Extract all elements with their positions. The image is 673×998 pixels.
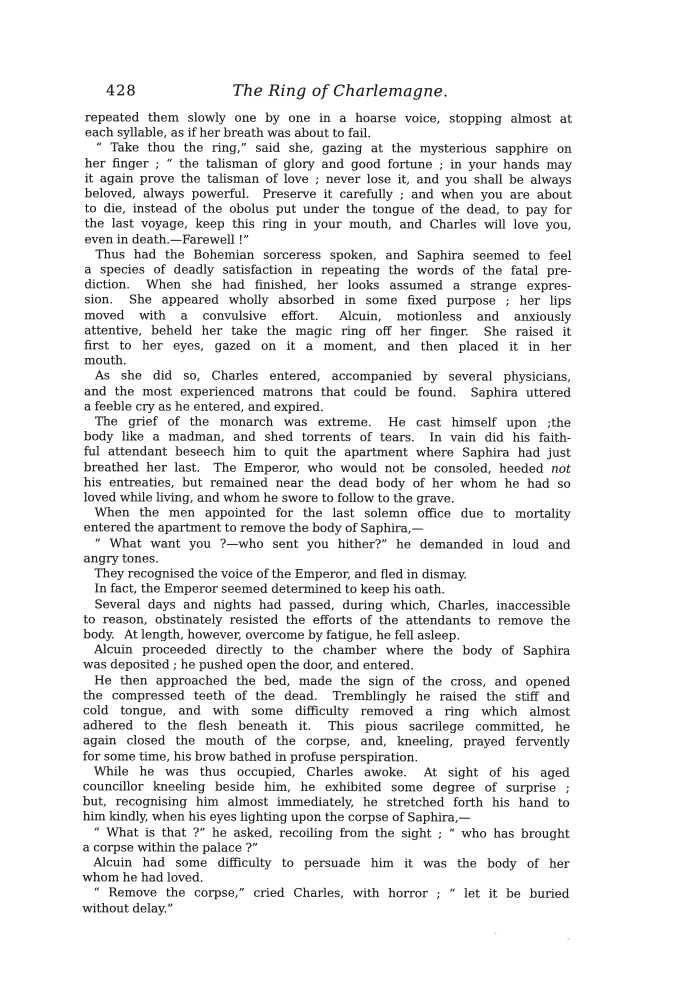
text-line: While he was thus occupied, Charles awok… [83, 764, 570, 781]
text-line: was deposited ; he pushed open the door,… [83, 658, 570, 675]
text-line: first to her eyes, gazed on it a moment,… [84, 338, 571, 355]
text-line: attentive, beheld her take the magic rin… [84, 323, 571, 340]
paragraph: Thus had the Bohemian sorceress spoken, … [84, 247, 571, 370]
paragraph: They recognised the voice of the Emperor… [83, 566, 570, 583]
text-line: without delay.” [82, 901, 569, 918]
scan-speckle [494, 933, 496, 935]
text-line: body. At length, however, overcome by fa… [83, 627, 570, 644]
running-title: The Ring of Charlemagne. [85, 81, 572, 101]
text-line: Alcuin had some difficulty to persuade h… [83, 855, 570, 872]
text-line: and the most experienced matrons that co… [84, 384, 571, 401]
paragraph: While he was thus occupied, Charles awok… [83, 764, 570, 826]
text-line: He then approached the bed, made the sig… [83, 673, 570, 690]
text-line: entered the apartment to remove the body… [84, 521, 571, 538]
paragraph: As she did so, Charles entered, accompan… [84, 369, 571, 416]
text-line: repeated them slowly one by one in a hoa… [85, 110, 572, 127]
paragraph: repeated them slowly one by one in a hoa… [85, 110, 572, 142]
paragraph: “ Take thou the ring,” said she, gazing … [85, 141, 572, 249]
text-line: adhered to the flesh beneath it. This pi… [83, 718, 570, 735]
paragraph: “ What want you ?—who sent you hither?” … [84, 536, 571, 568]
paragraph: When the men appointed for the last sole… [84, 505, 571, 537]
text-line: her finger ; “ the talisman of glory and… [85, 156, 572, 173]
paragraph: The grief of the monarch was extreme. He… [84, 414, 571, 507]
text-line: sion. She appeared wholly absorbed in so… [84, 293, 571, 310]
text-line: loved while living, and whom he swore to… [84, 490, 571, 507]
text-line: again closed the mouth of the corpse, an… [83, 734, 570, 751]
text-line: even in death.—Farewell !” [85, 232, 572, 249]
text-line: to reason, obstinately resisted the effo… [83, 612, 570, 629]
text-line: for some time, his brow bathed in profus… [83, 749, 570, 766]
text-line: In fact, the Emperor seemed determined t… [83, 582, 570, 599]
body-text: repeated them slowly one by one in a hoa… [82, 110, 572, 917]
text-line: beloved, always powerful. Preserve it ca… [85, 186, 572, 203]
text-line: him kindly, when his eyes lighting upon … [83, 810, 570, 827]
text-line: whom he had loved. [82, 870, 569, 887]
text-line: As she did so, Charles entered, accompan… [84, 369, 571, 386]
page-header: 428 The Ring of Charlemagne. [0, 0, 673, 1]
text-line: “ Take thou the ring,” said she, gazing … [85, 141, 572, 158]
paragraph: “ Remove the corpse,” cried Charles, wit… [82, 886, 569, 918]
text-line: diction. When she had finished, her look… [84, 277, 571, 294]
text-line: moved with a convulsive effort. Alcuin, … [84, 308, 571, 325]
text-line: When the men appointed for the last sole… [84, 505, 571, 522]
text-line: his entreaties, but remained near the de… [84, 475, 571, 492]
paragraph: “ What is that ?” he asked, recoiling fr… [83, 825, 570, 857]
text-line: the last voyage, keep this ring in your … [85, 217, 572, 234]
text-line: “ Remove the corpse,” cried Charles, wit… [82, 886, 569, 903]
paragraph: He then approached the bed, made the sig… [83, 673, 570, 766]
paragraph: Several days and nights had passed, duri… [83, 597, 570, 644]
text-line: breathed her last. The Emperor, who woul… [84, 460, 571, 477]
text-line: a feeble cry as he entered, and expired. [84, 399, 571, 416]
text-line: Several days and nights had passed, duri… [83, 597, 570, 614]
text-line: councillor kneeling beside him, he exhib… [83, 779, 570, 796]
text-line: but, recognising him almost immediately,… [83, 794, 570, 811]
paragraph: Alcuin proceeded directly to the chamber… [83, 642, 570, 674]
text-line: cold tongue, and with some difficulty re… [83, 703, 570, 720]
text-line: “ What want you ?—who sent you hither?” … [84, 536, 571, 553]
text-line: Thus had the Bohemian sorceress spoken, … [84, 247, 571, 264]
text-line: it again prove the talisman of love ; ne… [85, 171, 572, 188]
page-content: 428 The Ring of Charlemagne. repeated th… [0, 0, 673, 998]
text-line: angry tones. [84, 551, 571, 568]
text-line: the compressed teeth of the dead. Trembl… [83, 688, 570, 705]
text-line: “ What is that ?” he asked, recoiling fr… [83, 825, 570, 842]
text-line: The grief of the monarch was extreme. He… [84, 414, 571, 431]
text-line: mouth. [84, 353, 571, 370]
text-line: Alcuin proceeded directly to the chamber… [83, 642, 570, 659]
scan-speckle [567, 938, 569, 940]
text-line: each syllable, as if her breath was abou… [85, 125, 572, 142]
scanned-page: 428 The Ring of Charlemagne. repeated th… [0, 0, 673, 998]
text-line: They recognised the voice of the Emperor… [83, 566, 570, 583]
paragraph: In fact, the Emperor seemed determined t… [83, 582, 570, 599]
text-line: ful attendant beseech him to quit the ap… [84, 445, 571, 462]
paragraph: Alcuin had some difficulty to persuade h… [82, 855, 569, 887]
text-line: a corpse within the palace ?” [83, 840, 570, 857]
text-line: a species of deadly satisfaction in repe… [84, 262, 571, 279]
text-line: body like a madman, and shed torrents of… [84, 429, 571, 446]
text-line: to die, instead of the obolus put under … [85, 201, 572, 218]
